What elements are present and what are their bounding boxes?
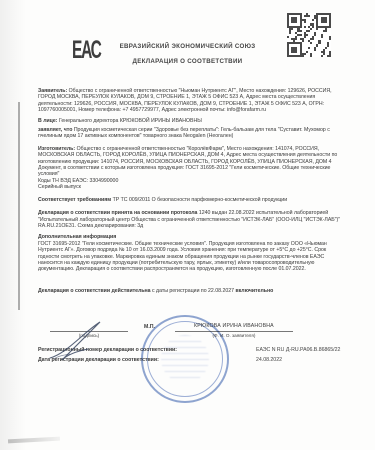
handwritten-signature xyxy=(44,318,128,364)
validity-label: Декларация о соответствии действительна xyxy=(38,288,151,294)
registration-date-value: 24.08.2022 xyxy=(256,357,282,363)
declarant-text: Общество с ограниченной ответственностью… xyxy=(38,88,332,113)
representative-label: В лице: xyxy=(38,118,57,124)
additional-info-label: Дополнительная информация xyxy=(38,234,116,240)
compliance-label: Соответствует требованиям xyxy=(38,197,111,203)
declarant-paragraph: Заявитель: Общество с ограниченной ответ… xyxy=(38,88,343,114)
declaration-document: ЕАС ЕВРАЗИЙСКИЙ ЭКОНОМИЧЕСКИЙ СОЮЗ ДЕКЛА… xyxy=(0,0,375,450)
validity-middle: с даты регистрации по xyxy=(151,288,208,294)
validity-suffix: включительно xyxy=(234,288,273,294)
basis-paragraph: Декларация о соответствии принята на осн… xyxy=(38,210,343,229)
declaration-paragraph: заявляет, что Продукция косметическая се… xyxy=(38,127,343,140)
validity-line: Декларация о соответствии действительна … xyxy=(38,288,343,294)
stamp-inner-text-blur xyxy=(161,335,209,383)
manufacturer-codes-line: Коды ТН ВЭД ЕАЭС: 3304990000 xyxy=(38,178,118,184)
representative-text: Генерального директора КРЮКОВОЙ ИРИНЫ ИВ… xyxy=(59,118,202,124)
additional-info-paragraph: Дополнительная информация ГОСТ 31695-201… xyxy=(38,234,343,272)
document-title: ДЕКЛАРАЦИЯ О СООТВЕТСТВИИ xyxy=(0,58,375,65)
representative-paragraph: В лице: Генерального директора КРЮКОВОЙ … xyxy=(38,118,343,124)
basis-label: Декларация о соответствии принята на осн… xyxy=(38,210,197,216)
scan-edge-shade xyxy=(0,0,26,450)
manufacturer-document-line: Документ, в соответствии с которым изгот… xyxy=(38,165,330,177)
registration-number-value: ЕАЭС N RU Д-RU.РА06.В.86865/22 xyxy=(256,347,340,353)
declaration-text: Продукция косметическая серии "Здоровье … xyxy=(38,127,330,139)
compliance-text: ТР ТС 009/2011 О безопасности парфюмерно… xyxy=(113,197,288,203)
scan-artifact-line xyxy=(18,102,20,310)
manufacturer-release-line: Серийный выпуск xyxy=(38,184,81,190)
compliance-paragraph: Соответствует требованиям ТР ТС 009/2011… xyxy=(38,197,343,203)
additional-info-text: ГОСТ 31695-2012 "Гели косметические. Общ… xyxy=(38,241,327,273)
qr-code xyxy=(287,13,331,57)
manufacturer-text: Общество с ограниченной ответственностью… xyxy=(38,146,337,165)
validity-date: 22.08.2027 xyxy=(208,288,234,294)
manufacturer-label: Изготовитель: xyxy=(38,146,75,152)
company-round-stamp xyxy=(141,315,229,403)
manufacturer-paragraph: Изготовитель: Общество с ограниченной от… xyxy=(38,146,343,191)
